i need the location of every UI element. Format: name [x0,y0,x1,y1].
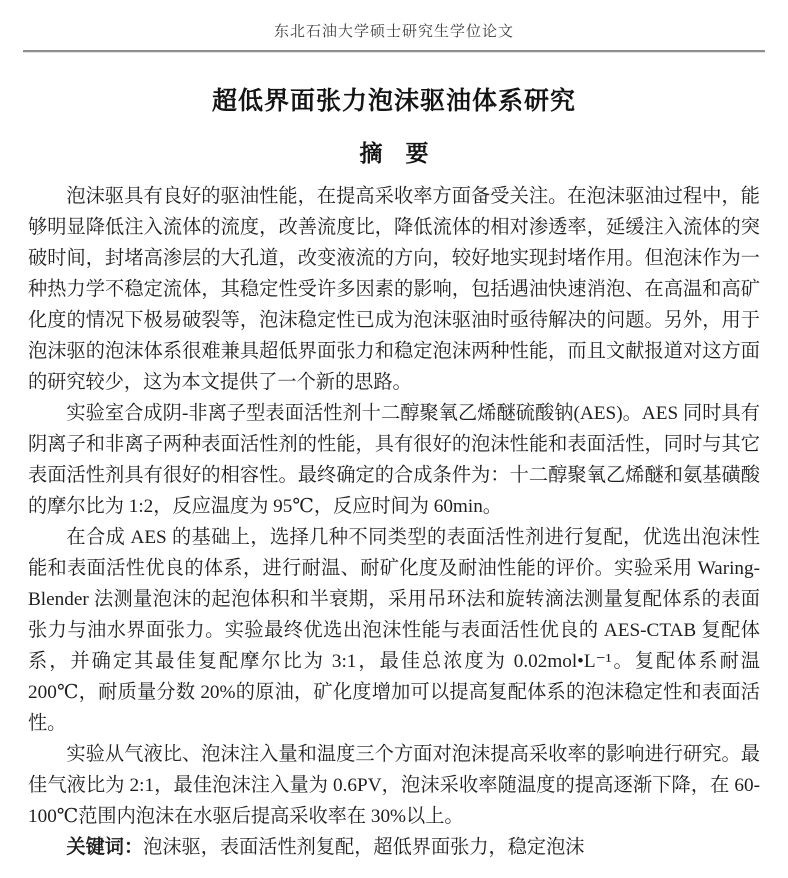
abstract-paragraph: 在合成 AES 的基础上，选择几种不同类型的表面活性剂进行复配，优选出泡沫性能和… [28,522,760,739]
abstract-paragraph: 泡沫驱具有良好的驱油性能，在提高采收率方面备受关注。在泡沫驱油过程中，能够明显降… [28,181,760,398]
abstract-paragraph: 实验从气液比、泡沫注入量和温度三个方面对泡沫提高采收率的影响进行研究。最佳气液比… [28,739,760,832]
paragraph-list: 泡沫驱具有良好的驱油性能，在提高采收率方面备受关注。在泡沫驱油过程中，能够明显降… [28,181,760,832]
abstract-body: 泡沫驱具有良好的驱油性能，在提高采收率方面备受关注。在泡沫驱油过程中，能够明显降… [28,181,760,863]
abstract-heading: 摘 要 [0,139,788,167]
keywords-label: 关键词： [66,837,143,858]
keywords-text: 泡沫驱，表面活性剂复配，超低界面张力，稳定泡沫 [143,837,584,858]
thesis-title: 超低界面张力泡沫驱油体系研究 [0,86,788,116]
keywords-line: 关键词：泡沫驱，表面活性剂复配，超低界面张力，稳定泡沫 [28,832,760,863]
thesis-abstract-page: 东北石油大学硕士研究生学位论文 超低界面张力泡沫驱油体系研究 摘 要 泡沫驱具有… [0,0,788,878]
header-rule [23,50,765,52]
page-header-text: 东北石油大学硕士研究生学位论文 [0,0,788,42]
abstract-paragraph: 实验室合成阴-非离子型表面活性剂十二醇聚氧乙烯醚硫酸钠(AES)。AES 同时具… [28,398,760,522]
